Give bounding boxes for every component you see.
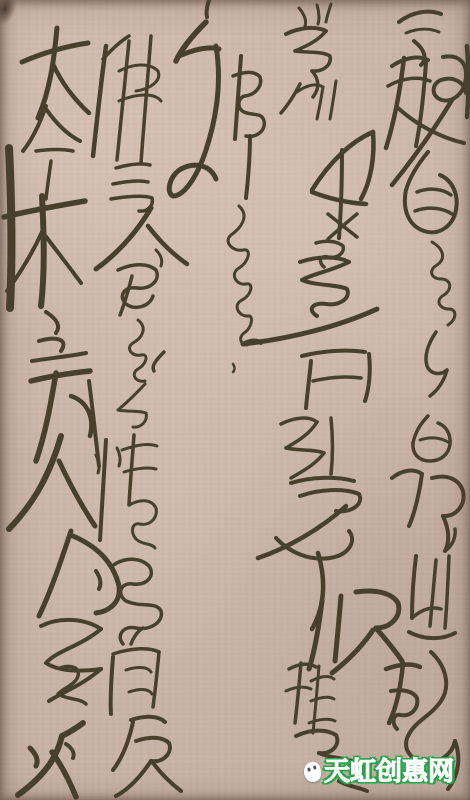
- calligraphy-glyph: [281, 418, 333, 478]
- calligraphy-glyph: [243, 309, 377, 344]
- calligraphy-glyph: [4, 148, 85, 308]
- calligraphy-glyph: [299, 4, 331, 26]
- calligraphy-glyph: [96, 435, 157, 548]
- calligraphy-glyph: [392, 471, 464, 551]
- calligraphy-glyph: [118, 320, 146, 427]
- calligraphy-glyph: [18, 723, 83, 797]
- calligraphy-glyph: [111, 164, 152, 211]
- calligraphy-glyph: [316, 241, 343, 267]
- calligraphy-glyph: [405, 152, 457, 232]
- chick-mascot-icon: [302, 761, 322, 784]
- calligraphy-glyph: [207, 0, 209, 17]
- calligraphy-glyph: [9, 436, 95, 529]
- calligraphy-glyph: [23, 106, 80, 199]
- calligraphy-glyph: [96, 208, 187, 269]
- calligraphy-glyph: [41, 620, 101, 701]
- calligraphy-glyph: [118, 265, 157, 315]
- calligraphy-column-5: [4, 28, 119, 797]
- calligraphy-glyph: [113, 717, 181, 796]
- calligraphy-glyph: [286, 663, 335, 733]
- calligraphy-glyph: [426, 242, 455, 396]
- calligraphy-column-4: [93, 36, 187, 796]
- calligraphy-glyph: [32, 312, 86, 361]
- calligraphy-scan: 天虹创惠网: [0, 0, 470, 800]
- calligraphy-glyph: [309, 591, 402, 673]
- calligraphy-glyph: [399, 12, 469, 117]
- calligraphy-glyph: [111, 628, 159, 714]
- calligraphy-glyph: [281, 81, 336, 119]
- calligraphy-glyph: [413, 416, 450, 461]
- calligraphy-glyph: [22, 28, 89, 118]
- calligraphy-column-3: [153, 0, 264, 372]
- watermark-text: 天虹创惠网: [324, 759, 454, 785]
- calligraphy-glyph: [153, 352, 234, 372]
- calligraphy-glyph: [258, 478, 360, 629]
- calligraphy-artwork: [0, 0, 470, 800]
- calligraphy-glyph: [386, 663, 420, 729]
- site-watermark: 天虹创惠网: [304, 750, 470, 794]
- calligraphy-glyph: [93, 36, 161, 163]
- calligraphy-glyph: [228, 206, 251, 345]
- calligraphy-glyph: [31, 371, 99, 466]
- calligraphy-glyph: [39, 531, 119, 616]
- calligraphy-glyph: [312, 132, 374, 239]
- calligraphy-glyph: [169, 22, 264, 198]
- calligraphy-glyph: [302, 351, 370, 408]
- calligraphy-glyph: [386, 56, 466, 185]
- calligraphy-column-1: [386, 12, 469, 789]
- calligraphy-glyph: [409, 556, 455, 638]
